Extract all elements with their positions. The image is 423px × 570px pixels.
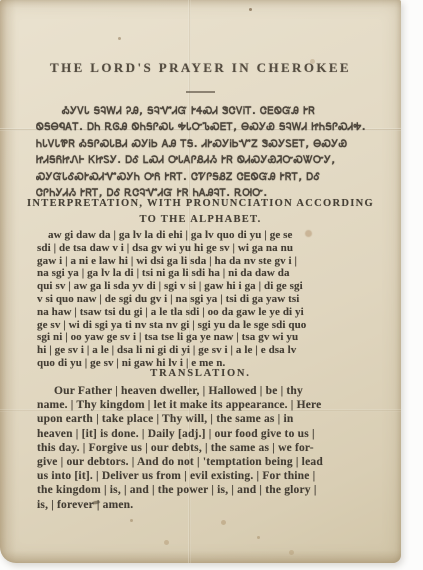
translation-line: this day. | Forgive us | our debts, | th… [37,441,375,455]
translation-line: is, | forever | amen. [37,498,375,512]
scanned-document: THE LORD'S PRAYER IN CHEROKEE ᎣᎩᏙᏓ ᎦᎸᎳᏗ … [0,0,423,570]
pronunciation-line: aw gi daw da | ga lv la di ehi | ga lv q… [37,229,375,242]
document-title: THE LORD'S PRAYER IN CHEROKEE [0,60,401,76]
translation-block: Our Father | heaven dweller, | Hallowed … [37,384,375,512]
cherokee-line: ᏫᎦᎾᏄᎪᎢ. ᎠᏂ ᎡᎶᎯ ᏫᏂᎦᎵᏍᏓ ᎭᏓᏅᏖᏍᎬᎢ, ᎾᏍᎩᏯ ᎦᎸᎳᏗ… [36,120,376,136]
title-divider-rule [186,91,215,93]
cherokee-line: ᎣᎩᏙᏓ ᎦᎸᎳᏗ ᎮᎯ, ᎦᎸᏉᏗᏳ ᎨᏎᏍᏗ ᏕᏣᏙᎥᎢ. ᏣᎬᏫᏳᎯ ᎨᏒ [36,104,376,120]
pronunciation-line: gaw i | a ni e law hi | wi dsi ga li sda… [37,255,375,268]
pronunciation-line: qui sv | aw ga li sda yv di | sgi v si |… [37,280,375,293]
translation-line: Our Father | heaven dweller, | Hallowed … [37,384,375,398]
translation-line: name. | Thy kingdom | let it make its ap… [37,398,375,412]
cherokee-line: ᏍᎩᏳᏓᎴᏍᎨᏍᏗᏉᏍᎩᏂ ᎤᏲ ᎨᏒᎢ. ᏣᏤᎵᎦᏰᏃ ᏣᎬᏫᏳᎯ ᎨᏒᎢ, … [36,170,376,186]
pronunciation-line: v si quo naw | de sgi du gv i | na sgi y… [37,293,375,306]
pronunciation-line: ge sv | wi di sgi ya ti nv sta nv gi | s… [37,319,375,332]
translation-line: upon earth | take place | Thy will, | th… [37,412,375,426]
pronunciation-line: na haw | tsaw tsi du gi | a le tla sdi |… [37,306,375,319]
paper-sheet: THE LORD'S PRAYER IN CHEROKEE ᎣᎩᏙᏓ ᎦᎸᎳᏗ … [0,0,401,563]
translation-line: the kingdom | is, | and | the power | is… [37,483,375,497]
translation-heading: TRANSLATION. [0,368,401,379]
interpretation-heading-line2: TO THE ALPHABET. [0,214,401,225]
foxing-specks [249,8,252,11]
interpretation-heading-line1: INTERPRETATION, WITH PRONUNCIATION ACCOR… [0,198,401,209]
translation-line: us into [it]. | Deliver us from | evil e… [37,469,375,483]
translation-line: give | our debtors. | And do not | 'temp… [37,455,375,469]
pronunciation-line: hi | ge sv i | a le | dsa li ni gi di yi… [37,344,375,357]
cherokee-line: ᏥᏗᎦᏲᏥᏁᎰ ᏦᏥᏚᎩ. ᎠᎴ ᏞᏍᏗ ᎤᏓᎪᎵᏰᏗᏱ ᎨᏒ ᏫᏗᏍᎩᏯᏘᏅᏍ… [36,153,376,169]
pronunciation-line: na sgi ya | ga lv la di | tsi ni ga li s… [37,267,375,280]
cherokee-line: ᏂᏓᏙᏓᏈᏒ ᎣᎦᎵᏍᏓᏴᏗ ᏍᎩᎥᏏ ᎪᎯ ᎢᎦ. ᏗᎨᏍᎩᎥᏏᏉᏃ ᏕᏍᎩᏚ… [36,137,376,153]
cherokee-prayer-block: ᎣᎩᏙᏓ ᎦᎸᎳᏗ ᎮᎯ, ᎦᎸᏉᏗᏳ ᎨᏎᏍᏗ ᏕᏣᏙᎥᎢ. ᏣᎬᏫᏳᎯ ᎨᏒ… [36,104,376,202]
pronunciation-line: sdi | de tsa daw v i | dsa gv wi yu hi g… [37,242,375,255]
translation-line: heaven | [it] is done. | Daily [adj.] | … [37,427,375,441]
pronunciation-line: sgi ni | oo yaw ge sv i | tsa tse li ga … [37,331,375,344]
pronunciation-block: aw gi daw da | ga lv la di ehi | ga lv q… [37,229,375,370]
